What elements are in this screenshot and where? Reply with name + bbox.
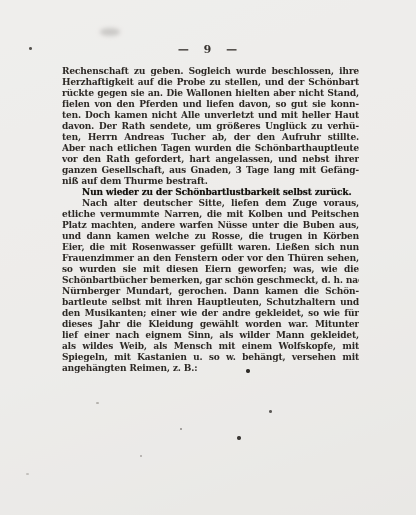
page-number: — 9 — xyxy=(0,43,416,56)
text-line: angehängten Reimen, z. B.: xyxy=(62,364,359,375)
text-line: als wildes Weib, als Mensch mit einem Wo… xyxy=(62,342,359,353)
text-line: Eier, die mit Rosenwasser gefüllt waren.… xyxy=(62,243,359,254)
text-line: ten. Doch kamen nicht Alle unverletzt un… xyxy=(62,111,359,122)
text-line: Spiegeln, mit Kastanien u. so w. behängt… xyxy=(62,353,359,364)
text-line: Frauenzimmer an den Fenstern oder vor de… xyxy=(62,254,359,265)
text-line: den Musikanten; einer wie der andre gekl… xyxy=(62,309,359,320)
ink-speck xyxy=(180,428,182,430)
text-line: lief einer nach eignem Sinn, als wilder … xyxy=(62,331,359,342)
text-line: so wurden sie mit diesen Eiern geworfen;… xyxy=(62,265,359,276)
text-line: bartleute selbst mit ihren Hauptleuten, … xyxy=(62,298,359,309)
scanned-book-page: { "page": { "number": "9", "header_displ… xyxy=(0,0,416,515)
text-line: niß auf dem Thurme bestraft. xyxy=(62,177,359,188)
ink-speck xyxy=(26,473,29,475)
ink-speck xyxy=(237,436,241,440)
ink-speck xyxy=(269,410,272,413)
text-block: Rechenschaft zu geben. Sogleich wurde be… xyxy=(62,67,359,375)
text-line: Nürnberger Mundart, gerochen. Dann kamen… xyxy=(62,287,359,298)
text-line: fielen von den Pferden und liefen davon,… xyxy=(62,100,359,111)
text-line: etliche vermummte Narren, die mit Kolben… xyxy=(62,210,359,221)
text-line: ten, Herrn Andreas Tucher ab, der den Au… xyxy=(62,133,359,144)
text-line: davon. Der Rath sendete, um größeres Ung… xyxy=(62,122,359,133)
ink-speck xyxy=(96,402,99,404)
text-line: vor den Rath gefordert, hart angelassen,… xyxy=(62,155,359,166)
text-line: Platz machten, andere warfen Nüsse unter… xyxy=(62,221,359,232)
text-line: Schönbartbücher bemerken, gar schön gesc… xyxy=(62,276,359,287)
text-line: Rechenschaft zu geben. Sogleich wurde be… xyxy=(62,67,359,78)
ink-speck xyxy=(140,455,142,457)
text-line: rückte gegen sie an. Die Wallonen hielte… xyxy=(62,89,359,100)
text-line: und dann kamen welche zu Rosse, die trug… xyxy=(62,232,359,243)
text-line: ganzen Gesellschaft, aus Gnaden, 3 Tage … xyxy=(62,166,359,177)
text-line: Aber nach etlichen Tagen wurden die Schö… xyxy=(62,144,359,155)
text-line: dieses Jahr die Kleidung gewählt worden … xyxy=(62,320,359,331)
ink-speck xyxy=(29,47,32,50)
text-line: Herzhaftigkeit auf die Probe zu stellen,… xyxy=(62,78,359,89)
smudge xyxy=(100,28,120,36)
text-line: Nach alter deutscher Sitte, liefen dem Z… xyxy=(62,199,359,210)
text-line: Nun wieder zu der Schönbartlustbarkeit s… xyxy=(62,188,359,199)
printer-mark xyxy=(246,369,250,373)
